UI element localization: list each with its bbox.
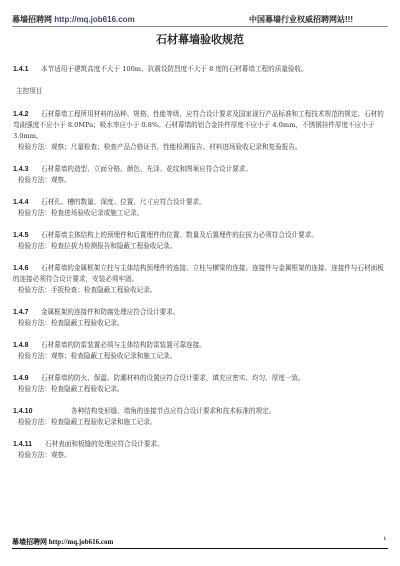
header-site-name: 幕墙招聘网	[12, 15, 52, 24]
section-1-4-10: 1.4.10各种结构变形缝、墙角的连接节点应符合设计要求和技术标准的规定。 检验…	[13, 406, 390, 428]
section-1-4-4: 1.4.4石材孔、槽的数量、深度、位置、尺寸应符合设计要求。 检验方法：检查进场…	[13, 197, 390, 219]
page-number: 1	[384, 537, 387, 542]
section-1-4-1: 1.4.1本节适用于建筑高度不大于 100m、抗震设防烈度不大于 8 度的石材幕…	[13, 64, 390, 75]
inspection-method: 检验方法：手扳检查；检查隐蔽工程验收记录。	[13, 285, 390, 296]
section-text: 1.4.1本节适用于建筑高度不大于 100m、抗震设防烈度不大于 8 度的石材幕…	[13, 64, 390, 75]
section-1-4-11: 1.4.11石材表面和板缝的处理应符合设计要求。 检验方法：观察。	[13, 439, 390, 461]
inspection-method: 检验方法：检查隐蔽工程验收记录。	[13, 384, 390, 395]
section-1-4-9: 1.4.9石材幕墙的防火、保温、防潮材料的设置应符合设计要求，填充应密实、均匀、…	[13, 373, 390, 395]
page-footer: 幕墙招聘网 http://mq.job616.com 1	[12, 536, 388, 549]
section-1-4-5: 1.4.5石材幕墙主体结构上的预埋件和后置埋件的位置、数量及后置埋件的拉拔力必须…	[13, 230, 390, 252]
section-1-4-8: 1.4.8石材幕墙的防雷装置必须与主体结构防雷装置可靠连接。 检验方法：观察；检…	[13, 340, 390, 362]
header-site: 幕墙招聘网 http://mq.job616.com	[12, 14, 135, 25]
header-slogan: 中国幕墙行业权威招聘网站!!!	[249, 14, 353, 25]
footer-site-name: 幕墙招聘网	[12, 538, 47, 546]
header-site-url[interactable]: http://mq.job616.com	[54, 15, 134, 24]
document-body: 1.4.1本节适用于建筑高度不大于 100m、抗震设防烈度不大于 8 度的石材幕…	[13, 64, 390, 472]
inspection-method: 检验方法：检查隐蔽工程验收记录和施工记录。	[13, 417, 390, 428]
page-header: 幕墙招聘网 http://mq.job616.com 中国幕墙行业权威招聘网站!…	[12, 12, 388, 27]
inspection-method: 检验方法：检查隐蔽工程验收记录。	[13, 318, 390, 329]
section-1-4-7: 1.4.7金属框架的连接件和防腐处理应符合设计要求。 检验方法：检查隐蔽工程验收…	[13, 307, 390, 329]
document-title: 石材幕墙验收规范	[0, 31, 400, 47]
inspection-method: 检验方法：检查拉拔力检测报告和隐蔽工程验收记录。	[13, 241, 390, 252]
inspection-method: 检验方法：观察。	[13, 175, 390, 186]
inspection-method: 检验方法：观察；尺量检查；检查产品合格证书、性能检测报告、材料进场验收记录和复验…	[13, 142, 390, 153]
footer-site: 幕墙招聘网 http://mq.job616.com	[12, 537, 113, 547]
section-1-4-2: 1.4.2石材幕墙工程所用材料的品种、规格、性能等级，应符合设计要求及国家现行产…	[13, 109, 390, 153]
footer-site-url[interactable]: http://mq.job616.com	[49, 538, 114, 546]
section-1-4-3: 1.4.3石材幕墙的造型、立面分格、颜色、光泽、花纹和图案应符合设计要求。 检验…	[13, 164, 390, 186]
section-1-4-6: 1.4.6石材幕墙的金属框架立柱与主体结构预埋件的连接、立柱与横梁的连接、连接件…	[13, 263, 390, 296]
subheading: 主控项目	[13, 86, 390, 97]
inspection-method: 检验方法：检查进场验收记录或施工记录。	[13, 208, 390, 219]
inspection-method: 检验方法：观察。	[13, 450, 390, 461]
inspection-method: 检验方法：观察；检查隐蔽工程验收记录和施工记录。	[13, 351, 390, 362]
